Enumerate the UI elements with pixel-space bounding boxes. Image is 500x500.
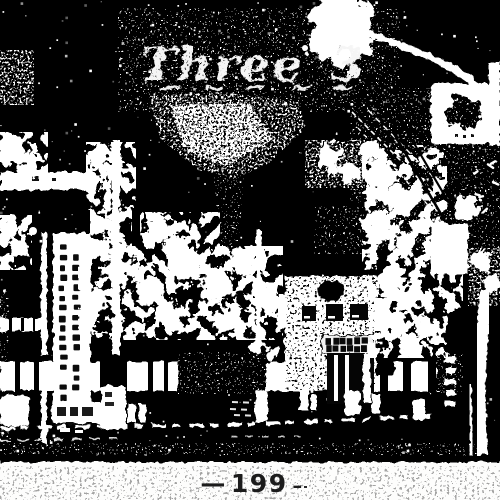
star <box>102 24 104 26</box>
star <box>148 4 150 6</box>
star <box>38 212 40 214</box>
star <box>78 136 80 138</box>
star <box>250 399 252 401</box>
star <box>0 212 3 215</box>
star <box>52 141 53 142</box>
caption-right-dash: – <box>293 475 304 497</box>
star <box>185 3 187 5</box>
star <box>38 82 40 84</box>
star <box>44 130 45 131</box>
sign-character <box>60 255 67 261</box>
star <box>453 35 456 38</box>
star <box>375 1 378 4</box>
star <box>441 34 443 36</box>
star <box>50 440 51 441</box>
photo-bottom-edge <box>0 455 500 462</box>
star <box>489 50 490 51</box>
sign-character <box>59 305 67 311</box>
star <box>207 431 208 432</box>
star <box>183 436 185 438</box>
star <box>39 211 40 212</box>
album-cover: —199– Three 3 ~~~~~ <box>0 0 500 500</box>
sign-character <box>60 385 67 390</box>
star <box>4 206 6 208</box>
star <box>137 117 138 118</box>
star <box>101 1 102 2</box>
star <box>494 420 495 421</box>
star <box>62 20 64 22</box>
sign-character <box>74 344 81 350</box>
star <box>112 81 114 83</box>
star <box>159 142 160 143</box>
star <box>478 48 479 49</box>
star <box>65 17 68 20</box>
sign-character <box>60 325 65 331</box>
star <box>299 152 300 153</box>
star <box>149 154 151 156</box>
bottom-strip: —199– <box>0 455 500 500</box>
star <box>311 411 312 412</box>
star <box>149 412 151 414</box>
star <box>251 185 253 187</box>
caption-left-dash: — <box>200 469 227 498</box>
star <box>59 159 61 161</box>
star <box>401 39 403 41</box>
star <box>150 140 151 141</box>
star <box>281 161 283 163</box>
star <box>71 130 72 131</box>
star <box>65 218 67 220</box>
star <box>1 279 3 281</box>
sign-character <box>60 395 66 402</box>
sign-character <box>347 345 353 351</box>
building-sign-circle <box>318 281 344 301</box>
star <box>400 65 402 67</box>
sign-character <box>59 316 66 323</box>
star <box>65 55 68 58</box>
small-sign <box>52 402 103 423</box>
sign-character <box>60 244 67 249</box>
sign-character <box>59 296 65 301</box>
star <box>49 47 51 49</box>
star <box>53 435 56 438</box>
star <box>2 208 4 210</box>
star <box>75 228 76 229</box>
star <box>404 11 405 12</box>
star <box>69 163 71 165</box>
star <box>64 151 65 152</box>
star <box>188 192 189 193</box>
star <box>423 74 424 75</box>
sign-character <box>361 345 367 352</box>
star <box>66 132 69 135</box>
star <box>177 5 179 7</box>
sign-character <box>347 338 353 345</box>
star <box>359 440 361 442</box>
star <box>487 403 489 405</box>
star <box>89 70 92 73</box>
sign-character <box>60 365 67 370</box>
street-scene-artwork: —199– Three 3 ~~~~~ <box>0 0 500 500</box>
star <box>166 435 168 437</box>
star <box>417 30 418 31</box>
star <box>197 177 200 180</box>
star <box>301 153 302 154</box>
building-windows <box>302 304 368 321</box>
sign-character <box>59 345 66 351</box>
sign-character <box>59 336 66 341</box>
star <box>475 36 477 38</box>
star <box>319 438 321 440</box>
star <box>0 125 1 126</box>
sign-character <box>326 345 331 352</box>
star <box>403 18 404 19</box>
star <box>374 4 376 6</box>
star <box>143 167 146 170</box>
star <box>70 80 73 83</box>
star <box>149 440 150 441</box>
thin-pole <box>41 232 47 444</box>
sign-character <box>333 338 339 345</box>
star <box>108 127 111 130</box>
star <box>476 40 478 42</box>
sign-character <box>60 265 65 271</box>
right-panel-sign <box>431 224 468 274</box>
star <box>461 83 462 84</box>
star <box>56 86 58 88</box>
star <box>3 11 5 13</box>
star <box>177 437 179 439</box>
star <box>25 15 26 16</box>
star <box>84 4 87 7</box>
star <box>260 221 261 222</box>
star <box>300 6 303 9</box>
star <box>117 432 119 434</box>
sign-character <box>73 254 79 260</box>
star <box>163 421 165 423</box>
title-flourish: ~~~~~ <box>158 70 374 105</box>
left-edge-noise <box>0 290 9 462</box>
star <box>207 344 209 346</box>
sign-character <box>72 295 78 300</box>
star <box>228 394 230 396</box>
sign-character <box>333 346 339 352</box>
star <box>336 132 337 133</box>
star <box>151 120 152 121</box>
leaf-dash <box>488 96 494 99</box>
star <box>74 123 77 126</box>
sign-character <box>60 355 67 360</box>
sign-character <box>74 376 80 381</box>
sign-character <box>72 325 79 331</box>
star <box>200 435 201 436</box>
star <box>72 214 73 215</box>
sign-character <box>60 275 67 281</box>
sign-character <box>341 346 347 352</box>
star <box>6 199 8 201</box>
star <box>430 393 431 394</box>
star <box>291 240 294 243</box>
star <box>447 73 448 74</box>
star <box>490 398 493 401</box>
vending-machine <box>101 386 126 429</box>
star <box>115 51 116 52</box>
sign-character <box>354 346 360 352</box>
caption-number: 199 <box>231 469 288 498</box>
sign-character <box>73 365 80 372</box>
star <box>313 191 314 192</box>
star <box>240 237 242 239</box>
sign-character <box>59 286 65 292</box>
sign-character <box>72 385 79 391</box>
star <box>406 25 407 26</box>
star <box>65 42 68 45</box>
star <box>21 2 24 5</box>
star <box>204 183 206 185</box>
star <box>259 436 260 437</box>
star <box>401 439 402 440</box>
sign-character <box>354 337 360 344</box>
star <box>84 150 86 152</box>
star <box>10 438 11 439</box>
building-banner-sign <box>322 335 373 354</box>
star <box>368 439 370 441</box>
star <box>240 402 241 403</box>
sign-character <box>326 338 332 345</box>
star <box>56 39 58 41</box>
star <box>257 2 259 4</box>
sign-character <box>339 338 345 345</box>
sign-character <box>362 337 368 343</box>
